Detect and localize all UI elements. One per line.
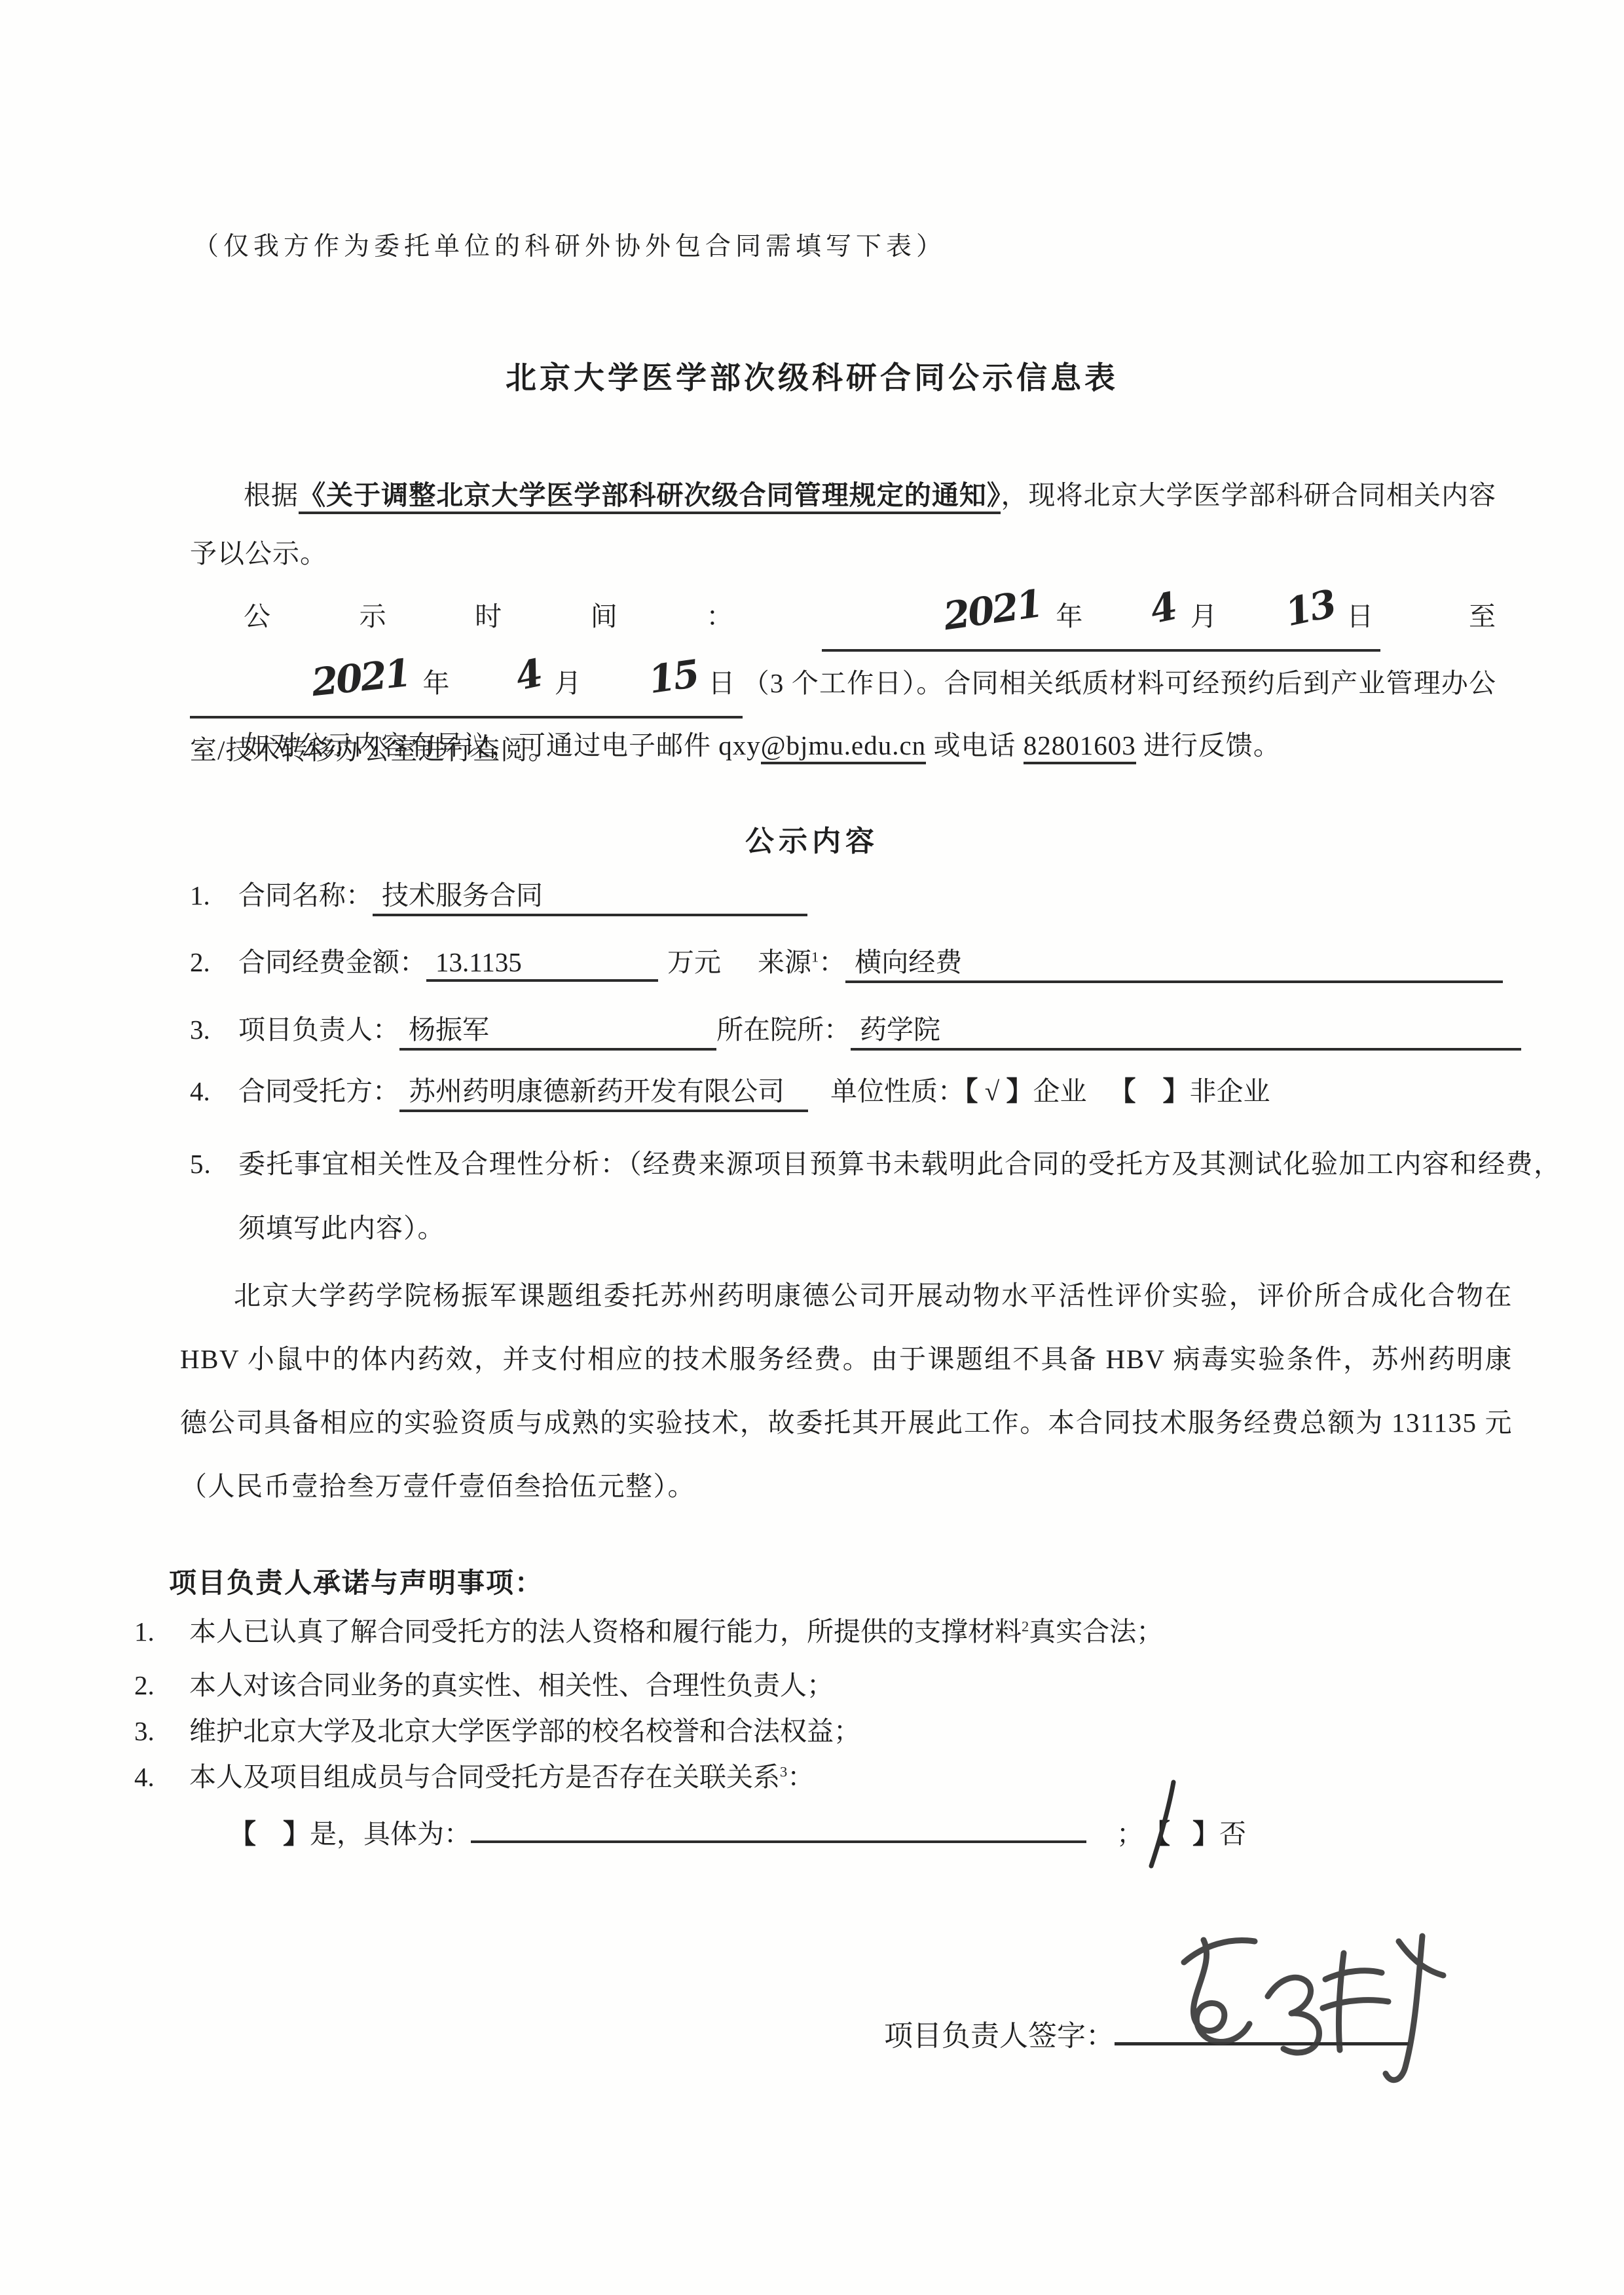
decl2-text-pre: 本人对该合同业务的真实性、相关性、合理性负责人； — [189, 1670, 834, 1700]
handwritten-start-year: 2021 — [888, 586, 1043, 641]
publicity-label: 公示时间： — [244, 601, 822, 631]
non-enterprise-option-label: 非企业 — [1190, 1076, 1270, 1106]
publicity-end-date-blank: 2021年4月15日 — [190, 652, 743, 718]
relation-answer-row: 【 】是，具体为：；【】否 — [229, 1805, 1513, 1851]
signature-label: 项目负责人签字： — [884, 2020, 1115, 2052]
relation-separator: ； — [1116, 1819, 1143, 1849]
project-leader-label: 项目负责人： — [238, 1015, 399, 1045]
start-month-unit: 月 — [1190, 601, 1218, 631]
decl3-number: 3. — [134, 1715, 189, 1747]
analysis-requirement-row: 5.委托事宜相关性及合理性分析：（经费来源项目预算书未载明此合同的受托方及其测试… — [190, 1132, 1561, 1260]
declaration-item-2: 2.本人对该合同业务的真实性、相关性、合理性负责人； — [134, 1664, 1549, 1702]
contract-name-label: 合同名称： — [238, 880, 373, 910]
contract-name-value: 技术服务合同 — [373, 874, 807, 916]
section-heading: 公示内容 — [0, 817, 1624, 859]
feedback-phone: 82801603 — [1024, 730, 1136, 764]
enterprise-option-label: 企业 — [1033, 1076, 1087, 1106]
project-leader-value: 杨振军 — [399, 1008, 716, 1051]
department-text: 药学院 — [860, 1015, 940, 1045]
publicity-start-date-blank: 2021年4月13日 — [822, 585, 1381, 652]
top-note: （仅我方作为委托单位的科研外协外包合同需填写下表） — [193, 226, 946, 263]
item5-number: 5. — [190, 1132, 238, 1196]
declaration-item-3: 3.维护北京大学及北京大学医学部的校名校誉和合法权益； — [134, 1709, 1549, 1748]
end-day-unit: 日 — [709, 668, 736, 698]
yes-label: 是，具体为： — [310, 1819, 471, 1849]
feedback-or-phone: 或电话 — [926, 730, 1024, 760]
page-title: 北京大学医学部次级科研合同公示信息表 — [0, 354, 1624, 398]
unit-nature-label: 单位性质： — [830, 1076, 965, 1106]
end-year-unit: 年 — [422, 668, 450, 698]
project-leader-row: 3.项目负责人：杨振军所在院所：药学院 — [190, 1008, 1539, 1051]
contract-amount-label: 合同经费金额： — [238, 947, 426, 977]
funding-source-label: 来源1： — [758, 947, 845, 977]
item4-number: 4. — [190, 1075, 238, 1107]
contract-amount-text: 13.1135 — [435, 947, 522, 977]
trustee-row: 4.合同受托方：苏州药明康德新药开发有限公司单位性质：【 √ 】企业【 】非企业 — [190, 1070, 1539, 1112]
no-bracket-close: 】 — [1192, 1819, 1219, 1849]
project-leader-text: 杨振军 — [409, 1015, 489, 1045]
contract-name-text: 技术服务合同 — [382, 880, 543, 910]
department-label: 所在院所： — [716, 1015, 851, 1045]
analysis-requirement-text: 委托事宜相关性及合理性分析：（经费来源项目预算书未载明此合同的受托方及其测试化验… — [238, 1149, 1561, 1243]
declaration-item-4: 4.本人及项目组成员与合同受托方是否存在关联关系3： — [134, 1755, 1549, 1794]
feedback-suffix: 进行反馈。 — [1136, 730, 1281, 760]
feedback-prefix: 如对公示内容有异议，可通过电子邮件 — [244, 730, 718, 760]
declaration-heading: 项目负责人承诺与声明事项： — [169, 1561, 544, 1601]
start-year-unit: 年 — [1056, 601, 1083, 631]
source-footnote-sup: 1 — [811, 948, 819, 965]
handwritten-check-slash-icon — [1147, 1778, 1176, 1870]
publicity-to: 至 — [1380, 601, 1496, 631]
decl1-footnote-sup: 2 — [1022, 1618, 1029, 1634]
source-colon: ： — [819, 947, 845, 977]
intro-prefix: 根据 — [244, 480, 299, 510]
trustee-value: 苏州药明康德新药开发有限公司 — [399, 1070, 808, 1112]
feedback-paragraph: 如对公示内容有异议，可通过电子邮件 qxy@bjmu.edu.cn 或电话 82… — [190, 714, 1496, 777]
end-month-unit: 月 — [555, 668, 582, 698]
handwritten-end-day: 15 — [593, 656, 699, 704]
decl1-text-pre: 本人已认真了解合同受托方的法人资格和履行能力，所提供的支撑材料 — [189, 1616, 1022, 1647]
contract-amount-row: 2.合同经费金额：13.1135万元来源1：横向经费 — [190, 941, 1539, 983]
declaration-item-1: 1.本人已认真了解合同受托方的法人资格和履行能力，所提供的支撑材料2真实合法； — [134, 1610, 1549, 1649]
source-label-text: 来源 — [758, 947, 811, 977]
decl1-text-post: 真实合法； — [1029, 1616, 1163, 1647]
yes-checkbox-empty: 【 】 — [229, 1819, 310, 1849]
feedback-email-domain: @bjmu.edu.cn — [761, 730, 926, 764]
decl1-number: 1. — [134, 1616, 189, 1647]
amount-unit: 万元 — [667, 947, 721, 977]
notice-title-underlined: 《关于调整北京大学医学部科研次级合同管理规定的通知》 — [299, 480, 1001, 514]
contract-amount-value: 13.1135 — [426, 946, 658, 982]
handwritten-end-month: 4 — [460, 656, 544, 705]
decl2-number: 2. — [134, 1670, 189, 1701]
scanned-contract-publicity-form: （仅我方作为委托单位的科研外协外包合同需填写下表） 北京大学医学部次级科研合同公… — [0, 0, 1624, 2295]
feedback-email-user: qxy — [718, 730, 761, 760]
decl4-text-pre: 本人及项目组成员与合同受托方是否存在关联关系 — [189, 1762, 780, 1792]
enterprise-checkbox-checked: 【 √ 】 — [965, 1076, 1033, 1106]
department-value: 药学院 — [851, 1008, 1521, 1051]
intro-paragraph: 根据《关于调整北京大学医学部科研次级合同管理规定的通知》，现将北京大学医学部科研… — [190, 466, 1496, 583]
item1-number: 1. — [190, 880, 238, 911]
item3-number: 3. — [190, 1014, 238, 1045]
contract-name-row: 1.合同名称：技术服务合同 — [190, 874, 1539, 916]
funding-source-text: 横向经费 — [855, 947, 962, 977]
decl4-footnote-sup: 3 — [780, 1763, 787, 1780]
funding-source-value: 横向经费 — [845, 941, 1503, 983]
no-label: 否 — [1219, 1819, 1246, 1849]
analysis-paragraph: 北京大学药学院杨振军课题组委托苏州药明康德公司开展动物水平活性评价实验，评价所合… — [180, 1264, 1513, 1518]
decl3-text-pre: 维护北京大学及北京大学医学部的校名校誉和合法权益； — [189, 1716, 860, 1746]
handwritten-end-year: 2021 — [257, 656, 411, 705]
handwritten-start-month: 4 — [1095, 589, 1179, 639]
decl4-text-post: ： — [787, 1762, 814, 1792]
handwritten-start-day: 13 — [1230, 586, 1337, 641]
start-day-unit: 日 — [1346, 601, 1374, 631]
relation-detail-blank — [471, 1805, 1086, 1843]
trustee-text: 苏州药明康德新药开发有限公司 — [409, 1076, 784, 1106]
signature-handwriting-icon — [1158, 1931, 1454, 2088]
trustee-label: 合同受托方： — [238, 1076, 399, 1106]
decl4-number: 4. — [134, 1761, 189, 1793]
item2-number: 2. — [190, 946, 238, 978]
no-checkbox-checked: 【】 — [1143, 1812, 1219, 1851]
non-enterprise-checkbox-empty: 【 】 — [1109, 1076, 1190, 1106]
